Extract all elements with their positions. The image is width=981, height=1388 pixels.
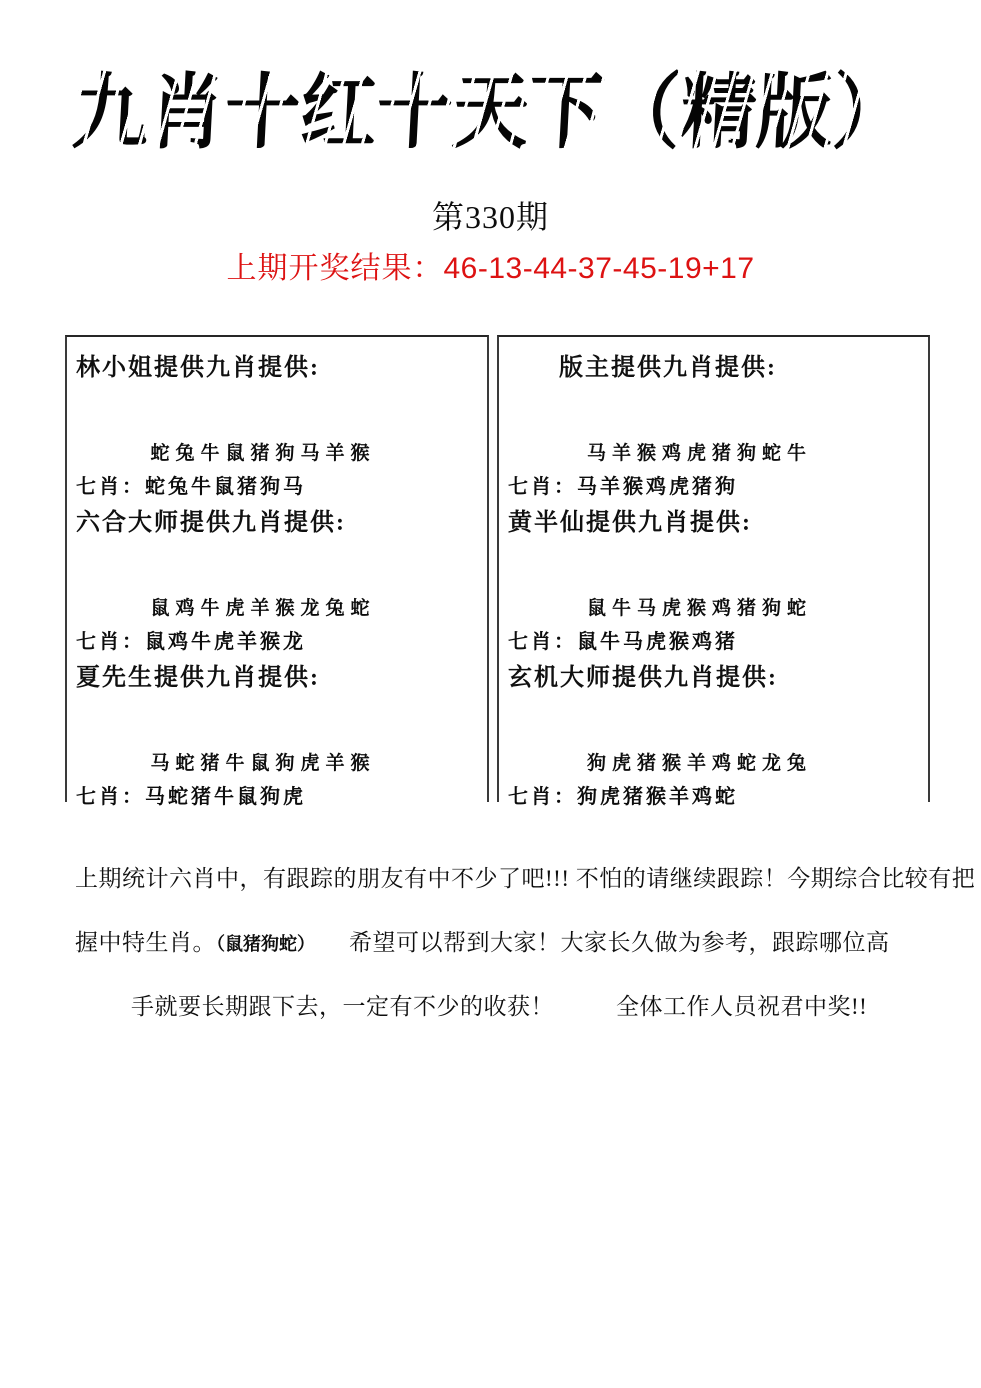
tips-right-column: 版主提供九肖提供: 马羊猴鸡虎猪狗蛇牛 七肖：马羊猴鸡虎猪狗 黄半仙提供九肖提供… (497, 335, 930, 802)
page-title-text: 九肖十红十天下（精版） (69, 46, 911, 164)
tips-left-column: 林小姐提供九肖提供: 蛇兔牛鼠猪狗马羊猴 七肖：蛇兔牛鼠猪狗马 六合大师提供九肖… (65, 335, 489, 802)
tipster-heading: 夏先生提供九肖提供: (67, 647, 487, 692)
seven-xiao-label: 七肖： (508, 786, 577, 808)
tipster-panel-liuhedashi: 六合大师提供九肖提供: 鼠鸡牛虎羊猴龙兔蛇 七肖：鼠鸡牛虎羊猴龙 (67, 492, 487, 647)
nine-xiao-line: 马羊猴鸡虎猪狗蛇牛 (485, 438, 914, 465)
tipster-heading: 黄半仙提供九肖提供: (499, 492, 928, 537)
seven-xiao-line: 七肖：马蛇猪牛鼠狗虎 (67, 780, 487, 809)
last-draw-result: 上期开奖结果：46-13-44-37-45-19+17 (0, 243, 981, 287)
tipster-heading: 林小姐提供九肖提供: (67, 337, 487, 382)
seven-xiao-line: 七肖：狗虎猪猴羊鸡蛇 (499, 780, 928, 809)
summary-line-2-prefix: 握中特生肖。 (75, 930, 216, 955)
summary-line-2: 握中特生肖。（鼠猪狗蛇）希望可以帮到大家！大家长久做为参考，跟踪哪位高 (75, 924, 893, 957)
nine-xiao-line: 蛇兔牛鼠猪狗马羊猴 (53, 438, 473, 465)
summary-line-3: 手就要长期跟下去，一定有不少的收获！全体工作人员祝君中奖!! (75, 988, 893, 1021)
tipster-panel-huangbanxian: 黄半仙提供九肖提供: 鼠牛马虎猴鸡猪狗蛇 七肖：鼠牛马虎猴鸡猪 (499, 492, 928, 647)
issue-number: 第330期 (0, 192, 981, 238)
tipster-panel-xiaxiansheng: 夏先生提供九肖提供: 马蛇猪牛鼠狗虎羊猴 七肖：马蛇猪牛鼠狗虎 (67, 647, 487, 802)
page-title: 九肖十红十天下（精版） (81, 44, 901, 166)
last-draw-result-numbers: 46-13-44-37-45-19+17 (443, 252, 754, 285)
nine-xiao-line: 鼠牛马虎猴鸡猪狗蛇 (485, 593, 914, 620)
tipster-heading: 六合大师提供九肖提供: (67, 492, 487, 537)
summary-line-3-end: 全体工作人员祝君中奖!! (616, 994, 867, 1019)
seven-xiao-value: 狗虎猪猴羊鸡蛇 (577, 786, 738, 808)
seven-xiao-label: 七肖： (76, 786, 145, 808)
summary-paragraph: 上期统计六肖中，有跟踪的朋友有中不少了吧!!! 不怕的请继续跟踪！今期综合比较有… (75, 860, 893, 1021)
tipster-heading: 版主提供九肖提供: (499, 337, 928, 382)
highlight-zodiacs: （鼠猪狗蛇） (216, 934, 315, 954)
tipster-panel-xuanjidashi: 玄机大师提供九肖提供: 狗虎猪猴羊鸡蛇龙兔 七肖：狗虎猪猴羊鸡蛇 (499, 647, 928, 802)
nine-xiao-line: 马蛇猪牛鼠狗虎羊猴 (53, 748, 473, 775)
nine-xiao-line: 鼠鸡牛虎羊猴龙兔蛇 (53, 593, 473, 620)
nine-xiao-line: 狗虎猪猴羊鸡蛇龙兔 (485, 748, 914, 775)
summary-line-1: 上期统计六肖中，有跟踪的朋友有中不少了吧!!! 不怕的请继续跟踪！今期综合比较有… (75, 860, 893, 893)
tipster-heading: 玄机大师提供九肖提供: (499, 647, 928, 692)
tipster-panel-linxiaojie: 林小姐提供九肖提供: 蛇兔牛鼠猪狗马羊猴 七肖：蛇兔牛鼠猪狗马 (67, 337, 487, 492)
seven-xiao-value: 马蛇猪牛鼠狗虎 (145, 786, 306, 808)
tipster-panel-banzhu: 版主提供九肖提供: 马羊猴鸡虎猪狗蛇牛 七肖：马羊猴鸡虎猪狗 (499, 337, 928, 492)
summary-line-3-main: 手就要长期跟下去，一定有不少的收获！ (131, 994, 554, 1019)
last-draw-result-label: 上期开奖结果： (226, 252, 443, 285)
summary-line-2-suffix: 希望可以帮到大家！大家长久做为参考，跟踪哪位高 (349, 930, 890, 955)
tips-grid: 林小姐提供九肖提供: 蛇兔牛鼠猪狗马羊猴 七肖：蛇兔牛鼠猪狗马 六合大师提供九肖… (65, 335, 930, 802)
